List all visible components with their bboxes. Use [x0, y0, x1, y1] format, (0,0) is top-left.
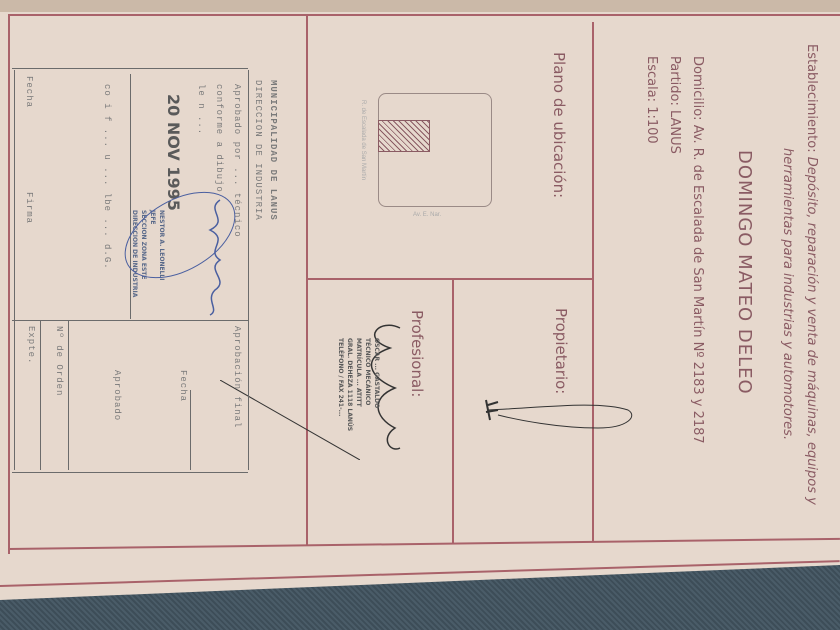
site-plan-hatched-lot [378, 120, 430, 152]
approval-box-bottom [12, 472, 248, 473]
profesional-label: Profesional: [408, 310, 426, 397]
document-page: Establecimiento: Depósito, reparación y … [0, 0, 840, 600]
page-top-edge [0, 0, 840, 12]
stamp-line: OSCAR ... GASTALDO [372, 338, 381, 431]
divider-plano [306, 16, 308, 546]
propietario-signature [478, 380, 638, 440]
plano-label: Plano de ubicación: [550, 52, 568, 198]
approval-line2: conforme a dibujo [214, 84, 224, 193]
aprobacion-final-label: Aprobación final [232, 326, 242, 428]
official-signature [110, 180, 250, 320]
approval-col1 [40, 320, 41, 470]
approval-box-left [14, 70, 15, 470]
domicilio: Domicilio: Av. R. de Escalada de San Mar… [690, 56, 705, 444]
divider-header [592, 22, 594, 542]
expte-label: Expte. [26, 326, 36, 364]
establecimiento-label: Establecimiento: [804, 44, 819, 153]
street-left-label: R. de Escalada de San Martín [360, 100, 366, 180]
fecha2-label: Fecha [178, 370, 188, 402]
frame-top [8, 14, 840, 16]
approval-inner-mid [12, 320, 248, 321]
municipal-header1: MUNICIPALIDAD DE LANUS [268, 80, 278, 221]
frame-left [8, 14, 10, 554]
firma-label: Firma [24, 192, 34, 224]
approval-box-top [12, 68, 248, 69]
owner-name: DOMINGO MATEO DELEO [734, 150, 755, 395]
divider-prop-prof [452, 280, 454, 544]
fecha-label: Fecha [24, 76, 34, 108]
divider-plano-bottom [308, 278, 592, 280]
establecimiento-value: Depósito, reparación y venta de máquinas… [804, 157, 819, 505]
establecimiento-line2: herramientas para industrias y automotor… [780, 148, 795, 440]
nro-orden-label: Nº de Orden [54, 326, 64, 396]
street-bottom-label: Av. E. Nar. [413, 212, 441, 218]
approval-col3 [190, 390, 191, 470]
approval-col2 [68, 320, 69, 470]
stamp-line: TÉCNICO MECÁNICO [363, 338, 372, 431]
approval-line3: le n ... [196, 84, 206, 135]
municipal-header2: DIRECCION DE INDUSTRIA [253, 80, 263, 221]
partido: Partido: LANUS [667, 56, 682, 154]
aprobado-label: Aprobado [112, 370, 122, 421]
frame-bottom [8, 538, 840, 550]
establecimiento-line1: Establecimiento: Depósito, reparación y … [804, 44, 819, 505]
escala: Escala: 1:100 [644, 56, 659, 144]
